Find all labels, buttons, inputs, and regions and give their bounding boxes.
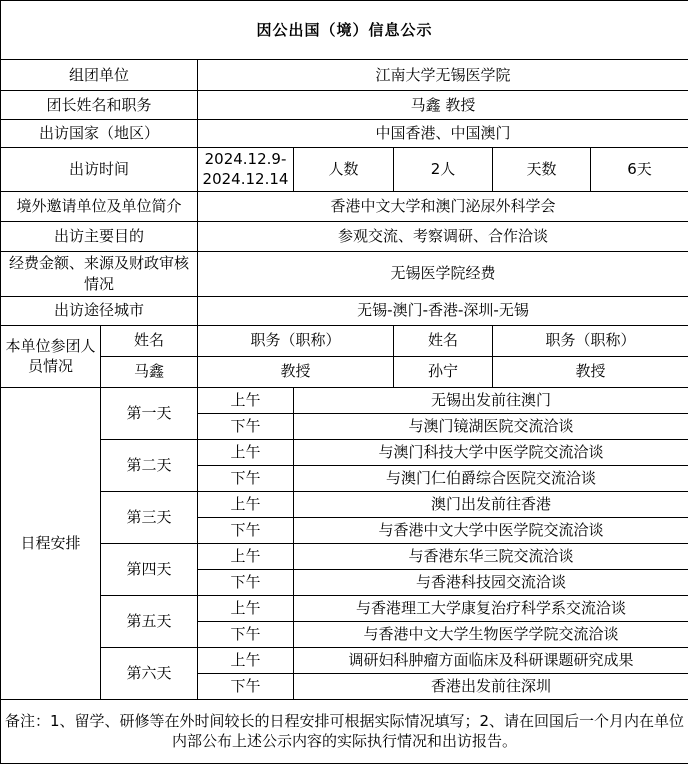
day-2-pm-activity: 与澳门仁伯爵综合医院交流洽谈 (294, 465, 688, 491)
day-5-am-activity: 与香港理工大学康复治疗科学系交流洽谈 (294, 595, 688, 621)
table-row: 经费金额、来源及财政审核情况 无锡医学院经费 (1, 251, 688, 296)
member-name-header-2: 姓名 (394, 325, 493, 356)
day-1-label: 第一天 (101, 387, 198, 439)
day-4-am-label: 上午 (198, 543, 294, 569)
purpose-value: 参观交流、考察调研、合作洽谈 (198, 221, 688, 251)
day-6-pm-activity: 香港出发前往深圳 (294, 673, 688, 699)
day-4-pm-label: 下午 (198, 569, 294, 595)
page-title: 因公出国（境）信息公示 (1, 1, 688, 60)
countries-value: 中国香港、中国澳门 (198, 120, 688, 148)
member-title-2: 教授 (493, 356, 688, 387)
date-line-1: 2024.12.9- (200, 149, 291, 169)
day-2-label: 第二天 (101, 439, 198, 491)
org-label: 组团单位 (1, 60, 198, 91)
day-1-pm-activity: 与澳门镜湖医院交流洽谈 (294, 413, 688, 439)
inviter-label: 境外邀请单位及单位简介 (1, 191, 198, 221)
table-row: 出访主要目的 参观交流、考察调研、合作洽谈 (1, 221, 688, 251)
schedule-row: 第六天 上午 调研妇科肿瘤方面临床及科研课题研究成果 (1, 647, 688, 673)
day-3-am-label: 上午 (198, 491, 294, 517)
route-value: 无锡-澳门-香港-深圳-无锡 (198, 296, 688, 325)
schedule-row: 第三天 上午 澳门出发前往香港 (1, 491, 688, 517)
org-value: 江南大学无锡医学院 (198, 60, 688, 91)
table-row: 境外邀请单位及单位简介 香港中文大学和澳门泌尿外科学会 (1, 191, 688, 221)
funding-label: 经费金额、来源及财政审核情况 (1, 251, 198, 296)
day-2-am-activity: 与澳门科技大学中医学院交流洽谈 (294, 439, 688, 465)
day-3-label: 第三天 (101, 491, 198, 543)
schedule-row: 第二天 上午 与澳门科技大学中医学院交流洽谈 (1, 439, 688, 465)
day-3-pm-label: 下午 (198, 517, 294, 543)
note-text: 备注：1、留学、研修等在外时间较长的日程安排可根据实际情况填写；2、请在回国后一… (1, 699, 688, 763)
day-5-pm-activity: 与香港中文大学生物医学学院交流洽谈 (294, 621, 688, 647)
member-title-1: 教授 (198, 356, 394, 387)
visit-time-row: 出访时间 2024.12.9- 2024.12.14 人数 2人 天数 6天 (1, 148, 688, 192)
table-row: 出访途径城市 无锡-澳门-香港-深圳-无锡 (1, 296, 688, 325)
note-row: 备注：1、留学、研修等在外时间较长的日程安排可根据实际情况填写；2、请在回国后一… (1, 699, 688, 763)
title-row: 因公出国（境）信息公示 (1, 1, 688, 60)
day-3-pm-activity: 与香港中文大学中医学院交流洽谈 (294, 517, 688, 543)
days-label: 天数 (493, 148, 591, 192)
schedule-row: 日程安排 第一天 上午 无锡出发前往澳门 (1, 387, 688, 413)
schedule-row: 第五天 上午 与香港理工大学康复治疗科学系交流洽谈 (1, 595, 688, 621)
funding-value: 无锡医学院经费 (198, 251, 688, 296)
leader-value: 马鑫 教授 (198, 91, 688, 120)
member-name-1: 马鑫 (101, 356, 198, 387)
day-6-pm-label: 下午 (198, 673, 294, 699)
inviter-value: 香港中文大学和澳门泌尿外科学会 (198, 191, 688, 221)
day-2-am-label: 上午 (198, 439, 294, 465)
member-name-2: 孙宁 (394, 356, 493, 387)
day-5-am-label: 上午 (198, 595, 294, 621)
day-1-am-activity: 无锡出发前往澳门 (294, 387, 688, 413)
schedule-section-label: 日程安排 (1, 387, 101, 699)
day-1-pm-label: 下午 (198, 413, 294, 439)
day-2-pm-label: 下午 (198, 465, 294, 491)
day-4-label: 第四天 (101, 543, 198, 595)
member-title-header-2: 职务（职称） (493, 325, 688, 356)
day-4-am-activity: 与香港东华三院交流洽谈 (294, 543, 688, 569)
notice-table: 因公出国（境）信息公示 组团单位 江南大学无锡医学院 团长姓名和职务 马鑫 教授… (0, 0, 688, 764)
leader-label: 团长姓名和职务 (1, 91, 198, 120)
members-data-row: 马鑫 教授 孙宁 教授 (1, 356, 688, 387)
document-page: 因公出国（境）信息公示 组团单位 江南大学无锡医学院 团长姓名和职务 马鑫 教授… (0, 0, 688, 766)
countries-label: 出访国家（地区） (1, 120, 198, 148)
table-row: 团长姓名和职务 马鑫 教授 (1, 91, 688, 120)
route-label: 出访途径城市 (1, 296, 198, 325)
day-6-am-label: 上午 (198, 647, 294, 673)
members-header-row: 本单位参团人员情况 姓名 职务（职称） 姓名 职务（职称） (1, 325, 688, 356)
days-value: 6天 (591, 148, 688, 192)
day-5-label: 第五天 (101, 595, 198, 647)
day-6-label: 第六天 (101, 647, 198, 699)
day-6-am-activity: 调研妇科肿瘤方面临床及科研课题研究成果 (294, 647, 688, 673)
day-1-am-label: 上午 (198, 387, 294, 413)
time-label: 出访时间 (1, 148, 198, 192)
people-value: 2人 (394, 148, 493, 192)
member-title-header-1: 职务（职称） (198, 325, 394, 356)
day-4-pm-activity: 与香港科技园交流洽谈 (294, 569, 688, 595)
date-line-2: 2024.12.14 (200, 169, 291, 189)
people-label: 人数 (294, 148, 394, 192)
members-section-label: 本单位参团人员情况 (1, 325, 101, 387)
day-3-am-activity: 澳门出发前往香港 (294, 491, 688, 517)
day-5-pm-label: 下午 (198, 621, 294, 647)
time-dates: 2024.12.9- 2024.12.14 (198, 148, 294, 192)
purpose-label: 出访主要目的 (1, 221, 198, 251)
schedule-row: 第四天 上午 与香港东华三院交流洽谈 (1, 543, 688, 569)
member-name-header-1: 姓名 (101, 325, 198, 356)
table-row: 出访国家（地区） 中国香港、中国澳门 (1, 120, 688, 148)
table-row: 组团单位 江南大学无锡医学院 (1, 60, 688, 91)
